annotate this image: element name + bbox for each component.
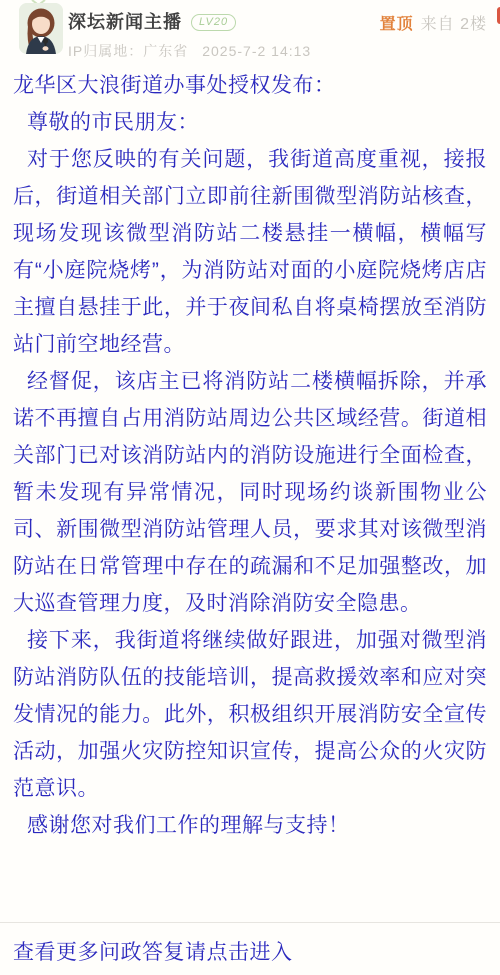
avatar[interactable] — [19, 3, 63, 54]
more-replies-link[interactable]: 查看更多问政答复请点击进入 — [13, 936, 293, 966]
floor-label: 来自 2楼 — [421, 16, 487, 33]
post-paragraph: 对于您反映的有关问题，我街道高度重视，接报后，街道相关部门立即前往新围微型消防站… — [13, 141, 487, 363]
divider — [0, 922, 500, 923]
timestamp: 2025-7-2 14:13 — [202, 43, 311, 59]
header-right: 置顶来自 2楼 — [380, 11, 487, 34]
news-anchor-avatar-icon — [19, 3, 63, 54]
post-paragraph: 感谢您对我们工作的理解与支持！ — [13, 807, 487, 844]
post-meta: IP归属地：广东省2025-7-2 14:13 — [68, 41, 311, 61]
post-paragraph: 接下来，我街道将继续做好跟进，加强对微型消防站消防队伍的技能培训，提高救援效率和… — [13, 622, 487, 807]
post-header: 深坛新闻主播LV20 IP归属地：广东省2025-7-2 14:13 置顶来自 … — [0, 0, 500, 60]
post-paragraph: 龙华区大浪街道办事处授权发布： — [13, 67, 487, 104]
post-paragraph: 尊敬的市民朋友： — [13, 104, 487, 141]
ip-location: IP归属地：广东省 — [68, 43, 188, 59]
username[interactable]: 深坛新闻主播 — [68, 12, 182, 32]
forum-post-page: 深坛新闻主播LV20 IP归属地：广东省2025-7-2 14:13 置顶来自 … — [0, 0, 500, 975]
user-block: 深坛新闻主播LV20 IP归属地：广东省2025-7-2 14:13 — [68, 8, 311, 61]
post-content: 龙华区大浪街道办事处授权发布：尊敬的市民朋友：对于您反映的有关问题，我街道高度重… — [13, 67, 487, 844]
post-paragraph: 经督促，该店主已将消防站二楼横幅拆除，并承诺不再擅自占用消防站周边公共区域经营。… — [13, 363, 487, 622]
pinned-badge: 置顶 — [380, 16, 414, 33]
level-badge: LV20 — [191, 14, 236, 31]
